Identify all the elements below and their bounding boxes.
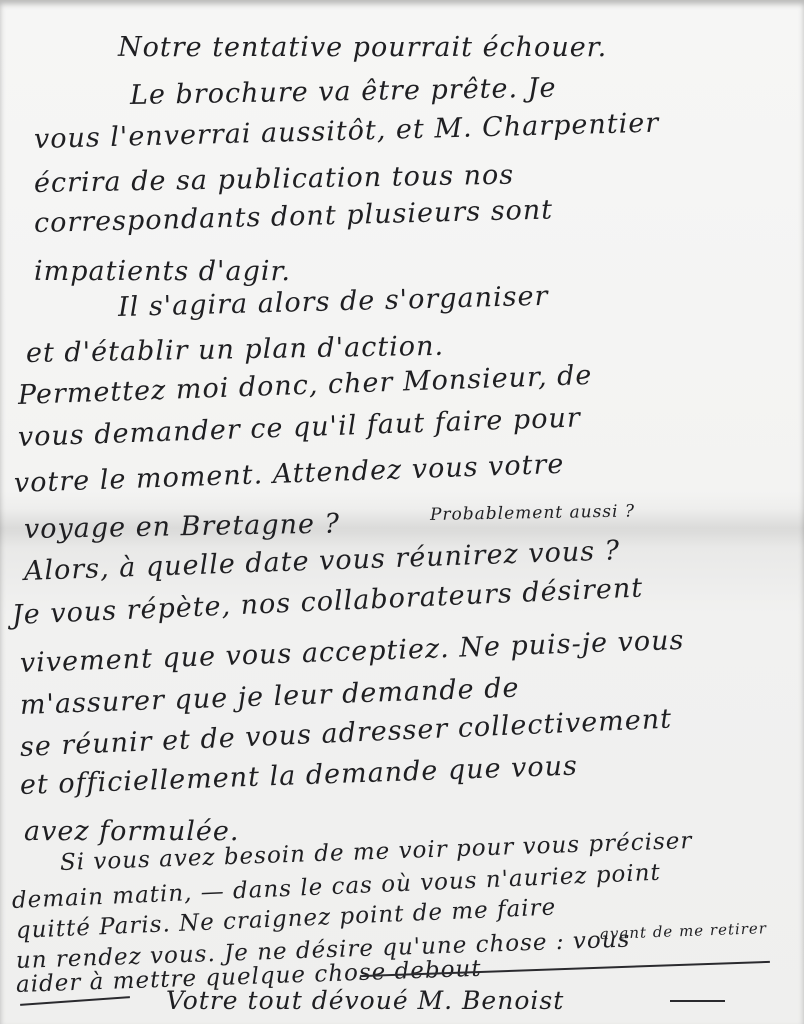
letter-line-11: votre le moment. Attendez vous votre — [13, 449, 564, 499]
letter-line-10: vous demander ce qu'il faut faire pour — [17, 402, 581, 453]
letter-line-6: impatients d'agir. — [34, 256, 291, 287]
letter-line-8: et d'établir un plan d'action. — [26, 331, 445, 369]
letter-insertion-avant: avant de me retirer — [600, 919, 768, 943]
letter-line-5: correspondants dont plusieurs sont — [34, 194, 554, 239]
letter-line-4: écrira de sa publication tous nos — [34, 160, 515, 199]
letter-line-15: vivement que vous acceptiez. Ne puis-je … — [19, 625, 684, 679]
underline-aider — [20, 996, 130, 1005]
letter-line-19: avez formulée. — [24, 816, 239, 847]
signature-flourish — [670, 1000, 725, 1002]
letter-page: Notre tentative pourrait échouer. Le bro… — [0, 0, 804, 1024]
letter-line-7: Il s'agira alors de s'organiser — [118, 281, 549, 323]
letter-line-1: Notre tentative pourrait échouer. — [118, 32, 607, 63]
letter-insertion-probablement: Probablement aussi ? — [430, 501, 635, 525]
letter-closing-signature: Votre tout dévoué M. Benoist — [166, 986, 564, 1015]
letter-line-3: vous l'enverrai aussitôt, et M. Charpent… — [34, 108, 660, 155]
letter-line-12: voyage en Bretagne ? — [24, 508, 341, 545]
letter-line-2: Le brochure va être prête. Je — [130, 73, 557, 111]
